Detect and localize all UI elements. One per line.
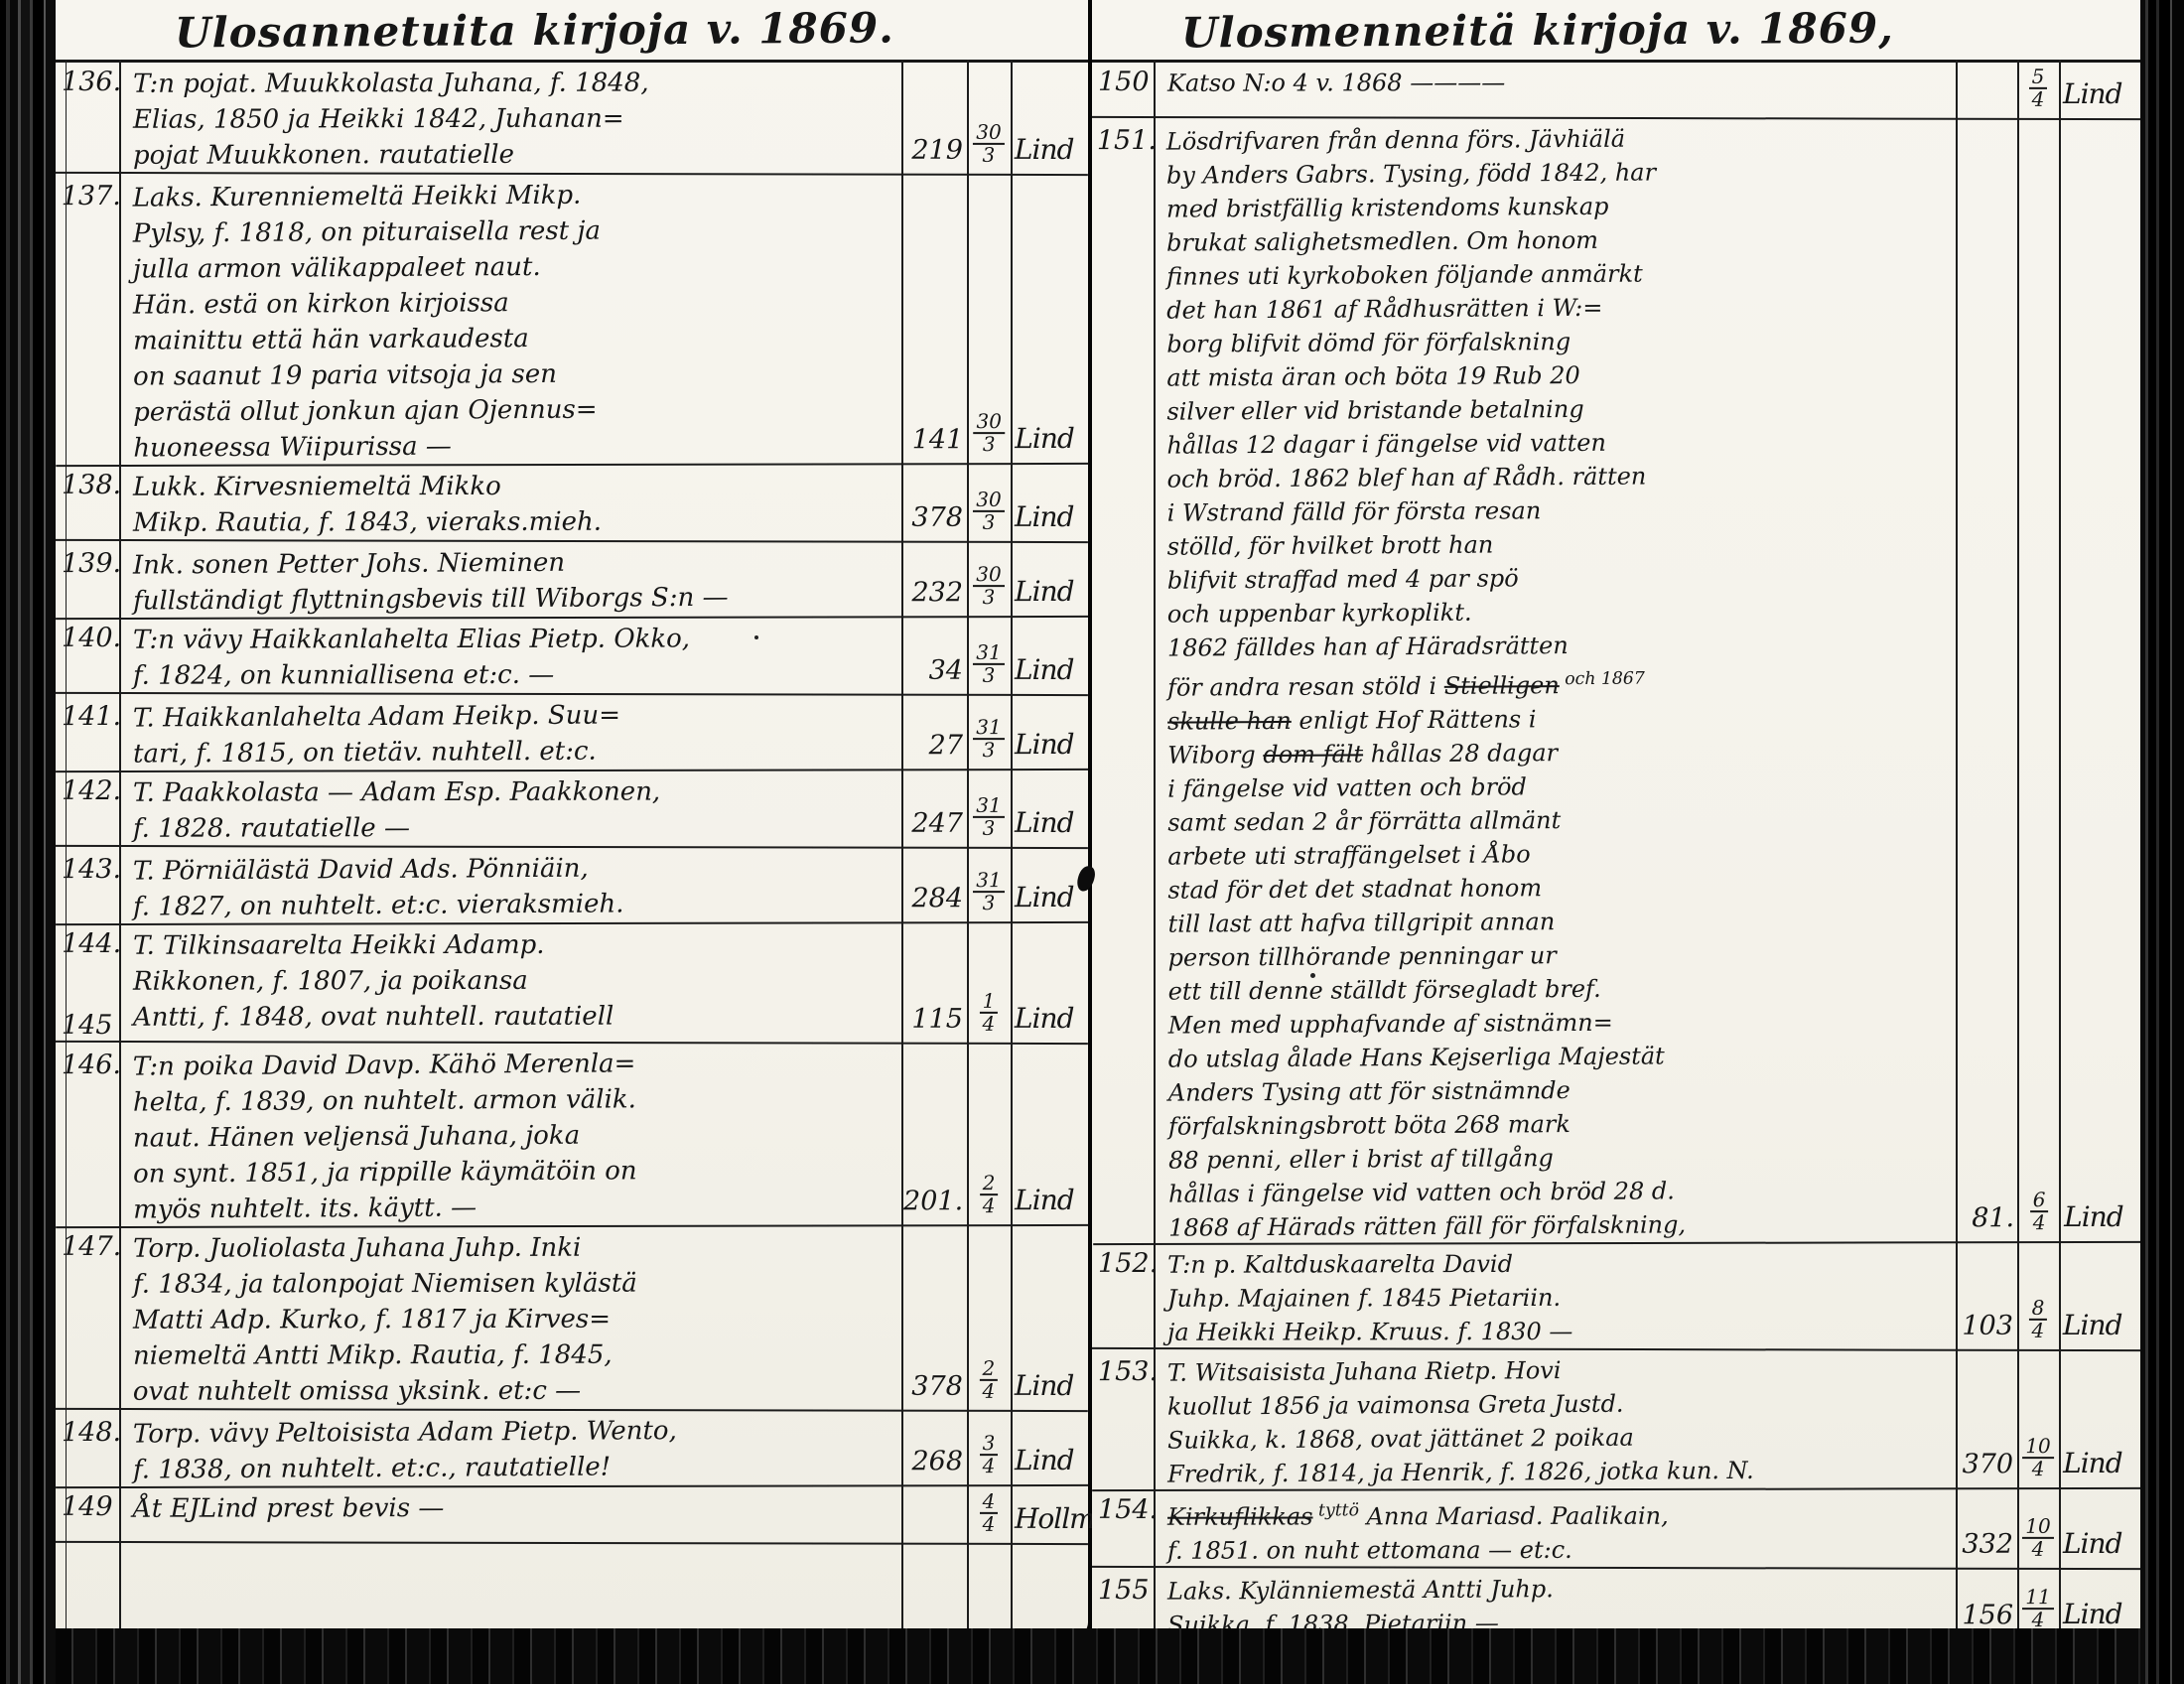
- entry-line-segment: T. Pörniälästä David Ads. Pönniäin,: [133, 854, 589, 887]
- entry-line: Katso N:o 4 v. 1868 ————: [1167, 65, 1956, 100]
- entry-line: silver eller vid bristande betalning: [1166, 390, 1955, 429]
- scanned-register-spread: Ulosannetuita kirjoja v. 1869. 136.T:n p…: [0, 0, 2184, 1684]
- signature: Lind: [2059, 1494, 2142, 1568]
- entry-line-segment: f. 1828. rautatielle —: [133, 813, 410, 844]
- entry-line: till last att hafva tillgripit annan: [1167, 903, 1956, 941]
- entry-line-segment: arbete uti straffängelset i Åbo: [1167, 840, 1530, 870]
- entry-line: Torp. vävy Peltoisista Adam Pietp. Wento…: [133, 1412, 901, 1453]
- entry-line: by Anders Gabrs. Tysing, född 1842, har: [1166, 154, 1955, 193]
- margin-rule: [119, 60, 121, 1636]
- entry-line-segment: T:n vävy Haikkanlahelta Elias Pietp. Okk…: [133, 624, 690, 654]
- date-day: 31: [973, 870, 1005, 893]
- entry-line: Fredrik, f. 1814, ja Henrik, f. 1826, jo…: [1167, 1453, 1956, 1491]
- entry-line: T:n p. Kaltduskaarelta David: [1167, 1246, 1956, 1282]
- entry-line-segment: stölld, för hvilket brott han: [1167, 531, 1494, 561]
- entry-line: julla armon välikappaleet naut.: [133, 247, 901, 288]
- entry-text: Katso N:o 4 v. 1868 ————: [1154, 65, 1956, 118]
- ref-number: 378: [901, 470, 967, 541]
- date-month: 4: [982, 1381, 995, 1402]
- entry-date: 303: [967, 470, 1011, 541]
- entry-text: Torp. vävy Peltoisista Adam Pietp. Wento…: [119, 1414, 901, 1487]
- entry-number: 140.: [62, 623, 121, 653]
- ref-number: 284: [901, 850, 967, 921]
- entry-number: 137.: [62, 181, 121, 211]
- entry-line-segment: T. Witsaisista Juhana Rietp. Hovi: [1167, 1356, 1562, 1387]
- entry-line: T. Tilkinsaarelta Heikki Adamp.: [133, 926, 901, 964]
- signature: Lind: [1011, 623, 1088, 694]
- entry-row: 151.Lösdrifvaren från denna förs. Jävhiä…: [1091, 118, 2143, 1245]
- entry-line: myös nuhtelt. its. käytt. —: [133, 1188, 901, 1228]
- entry-line-segment: Ink. sonen Petter Johs. Nieminen: [133, 548, 565, 581]
- entry-line: on saanut 19 paria vitsoja ja sen: [133, 354, 901, 395]
- entry-line: Suikka, k. 1868, ovat jättänet 2 poikaa: [1167, 1419, 1956, 1458]
- entry-line-segment: hållas 12 dagar i fängelse vid vatten: [1166, 429, 1606, 460]
- signature: Lind: [1011, 544, 1088, 616]
- signature: Lind: [1011, 697, 1088, 769]
- entry-line-segment: julla armon välikappaleet naut.: [133, 252, 541, 285]
- signature: Lind: [1011, 775, 1088, 847]
- entry-line-segment: Lösdrifvaren från denna förs. Jävhiälä: [1166, 125, 1625, 156]
- entry-number: 150: [1098, 67, 1150, 97]
- entry-row: 154.Kirkuflikkas tyttö Anna Mariasd. Paa…: [1092, 1489, 2142, 1570]
- entry-date: 313: [967, 623, 1011, 694]
- book-binding-left-edge: [0, 0, 56, 1684]
- entry-line-segment: med bristfällig kristendoms kunskap: [1166, 193, 1609, 223]
- entry-text: Laks. Kurenniemeltä Heikki Mikp.Pylsy, f…: [119, 177, 902, 465]
- date-fraction: 14: [980, 991, 999, 1035]
- entry-line: T. Pörniälästä David Ads. Pönniäin,: [133, 849, 901, 890]
- date-month: 4: [983, 1514, 996, 1535]
- entry-number: 141.: [62, 701, 121, 732]
- entry-line-segment: Hän. estä on kirkon kirjoissa: [133, 288, 509, 320]
- date-fraction: 313: [973, 717, 1005, 761]
- date-month: 4: [983, 1456, 996, 1476]
- entry-line: Laks. Kurenniemeltä Heikki Mikp.: [133, 176, 901, 216]
- entry-line: Kirkuflikkas tyttö Anna Mariasd. Paalika…: [1167, 1492, 1956, 1534]
- signature-column-rule: [1011, 60, 1013, 1636]
- entry-line-segment: Stielligen: [1444, 671, 1560, 700]
- entry-number-cell: 154.: [1092, 1492, 1154, 1566]
- entry-line-segment: f. 1834, ja talonpojat Niemisen kylästä: [133, 1269, 637, 1300]
- entry-line: 1868 af Härads rätten fäll för förfalskn…: [1168, 1206, 1957, 1245]
- entry-line-segment: myös nuhtelt. its. käytt. —: [133, 1193, 477, 1225]
- entry-line-segment: 1868 af Härads rätten fäll för förfalskn…: [1168, 1210, 1686, 1241]
- signature: Lind: [1011, 928, 1088, 1043]
- entry-line-segment: Anna Mariasd. Paalikain,: [1359, 1502, 1669, 1531]
- entry-date: 104: [2017, 1352, 2059, 1487]
- signature: Lind: [1011, 1046, 1088, 1224]
- signature: Hollmén: [1011, 1491, 1088, 1543]
- page-left-title: Ulosannetuita kirjoja v. 1869.: [175, 3, 894, 57]
- entry-line-segment: Men med upphafvande af sistnämn=: [1168, 1009, 1613, 1040]
- date-day: 2: [979, 1358, 998, 1381]
- date-day: 10: [2022, 1516, 2054, 1539]
- entry-line: Lösdrifvaren från denna förs. Jävhiälä: [1166, 120, 1955, 159]
- date-month: 4: [983, 1195, 996, 1216]
- entry-line-segment: Kirkuflikkas: [1167, 1502, 1313, 1530]
- entry-line-segment: Anders Tysing att för sistnämnde: [1168, 1076, 1570, 1107]
- entry-line-segment: T:n p. Kaltduskaarelta David: [1167, 1250, 1513, 1279]
- entry-line: T. Paakkolasta — Adam Esp. Paakkonen,: [133, 773, 901, 811]
- ref-number: 370: [1956, 1352, 2017, 1487]
- entry-line: Mikp. Rautia, f. 1843, vieraks.mieh.: [133, 503, 901, 541]
- entry-line: förfalskningsbrott böta 268 mark: [1168, 1105, 1957, 1144]
- entry-line: Wiborg dom fält hållas 28 dagar: [1167, 734, 1956, 772]
- entry-line-segment: enligt Hof Rättens i: [1292, 705, 1537, 735]
- date-month: 3: [983, 145, 996, 166]
- entry-text: T:n p. Kaltduskaarelta DavidJuhp. Majain…: [1154, 1246, 1956, 1349]
- entry-line: f. 1828. rautatielle —: [133, 809, 901, 847]
- ref-number: 268: [901, 1413, 967, 1484]
- entry-row: 150Katso N:o 4 v. 1868 ————54Lind: [1092, 62, 2142, 120]
- entry-line-segment: f. 1838, on nuhtelt. et:c., rautatielle!: [133, 1453, 611, 1485]
- entry-line-segment: det han 1861 af Rådhusrätten i W:=: [1166, 294, 1602, 325]
- entry-line-segment: f. 1851. on nuht ettomana — et:c.: [1167, 1536, 1572, 1565]
- entry-date: 34: [967, 1413, 1011, 1484]
- signature-column-rule: [2059, 60, 2061, 1650]
- entry-line: blifvit straffad med 4 par spö: [1167, 559, 1956, 598]
- entry-line-segment: samt sedan 2 år förrätta allmänt: [1167, 806, 1561, 837]
- page-left-header: Ulosannetuita kirjoja v. 1869.: [56, 0, 1088, 63]
- entry-line-segment: Mikp. Rautia, f. 1843, vieraks.mieh.: [133, 507, 602, 538]
- date-month: 3: [983, 665, 996, 686]
- entry-number: 146.: [62, 1050, 121, 1080]
- entry-date: 303: [967, 67, 1011, 174]
- entry-text: T:n poika David Davp. Kähö Merenla=helta…: [119, 1047, 901, 1227]
- date-day: 11: [2022, 1587, 2054, 1610]
- entry-line-segment: för andra resan stöld i: [1167, 672, 1444, 702]
- entry-line-segment: pojat Muukkonen. rautatielle: [133, 140, 514, 171]
- entry-line: Men med upphafvande af sistnämn=: [1168, 1004, 1957, 1043]
- entry-line-segment: T:n pojat. Muukkolasta Juhana, f. 1848,: [133, 69, 649, 99]
- entry-line-segment: Laks. Kylänniemestä Antti Juhp.: [1167, 1575, 1554, 1606]
- entry-line-segment: finnes uti kyrkoboken följande anmärkt: [1166, 260, 1643, 291]
- entry-line: T. Haikkanlahelta Adam Heikp. Suu=: [133, 696, 901, 737]
- entry-line: perästä ollut jonkun ajan Ojennus=: [133, 390, 901, 431]
- date-day: 3: [980, 1433, 999, 1456]
- entry-line: Hän. estä on kirkon kirjoissa: [133, 283, 901, 324]
- date-fraction: 303: [973, 411, 1005, 455]
- entry-line: Rikkonen, f. 1807, ja poikansa: [133, 962, 901, 1000]
- date-day: 31: [973, 642, 1005, 665]
- entry-line-segment: on synt. 1851, ja rippille käymätöin on: [133, 1157, 637, 1190]
- date-column-rule: [967, 60, 969, 1636]
- date-day: 10: [2022, 1436, 2054, 1459]
- date-fraction: 303: [973, 490, 1005, 533]
- date-month: 4: [2032, 89, 2045, 110]
- entry-number: 142.: [62, 775, 121, 806]
- date-fraction: 114: [2022, 1587, 2054, 1630]
- entry-line-segment: i fängelse vid vatten och bröd: [1167, 772, 1527, 802]
- date-day: 4: [980, 1491, 999, 1514]
- entry-line: kuollut 1856 ja vaimonsa Greta Justd.: [1167, 1385, 1956, 1424]
- ref-number: 378: [901, 1231, 967, 1410]
- entry-line-segment: T. Haikkanlahelta Adam Heikp. Suu=: [133, 700, 620, 733]
- ink-speck: [754, 635, 758, 639]
- book-binding-right-edge: [2140, 0, 2184, 1684]
- entry-line-segment: on saanut 19 paria vitsoja ja sen: [133, 359, 557, 392]
- signature: Lind: [1011, 850, 1088, 921]
- entry-line-segment: hållas 28 dagar: [1363, 739, 1558, 768]
- date-day: 30: [973, 122, 1005, 145]
- entry-date: 303: [967, 177, 1012, 463]
- entry-text: T:n pojat. Muukkolasta Juhana, f. 1848,E…: [119, 65, 901, 174]
- ink-speck: [1310, 973, 1315, 978]
- entry-line-segment: do utslag ålade Hans Kejserliga Majestät: [1168, 1042, 1665, 1072]
- entry-line: Antti, f. 1848, ovat nuhtell. rautatiell: [133, 998, 901, 1036]
- date-fraction: 104: [2022, 1436, 2054, 1479]
- ref-number: 27: [901, 697, 967, 769]
- entry-number: 136.: [62, 67, 121, 97]
- ref-number: 103: [1956, 1248, 2017, 1349]
- date-fraction: 303: [973, 122, 1005, 166]
- entry-line: och uppenbar kyrkoplikt.: [1167, 593, 1956, 631]
- entry-number-cell: 152.: [1092, 1246, 1154, 1347]
- entry-line: ovat nuhtelt omissa yksink. et:c —: [133, 1372, 901, 1410]
- entry-line-segment: ja Heikki Heikp. Kruus. f. 1830 —: [1167, 1318, 1573, 1346]
- date-month: 3: [983, 740, 996, 761]
- entry-line: T:n poika David Davp. Kähö Merenla=: [133, 1045, 901, 1085]
- date-month: 3: [983, 818, 996, 839]
- entry-line-segment: brukat salighetsmedlen. Om honom: [1166, 226, 1598, 257]
- entry-row: 153.T. Witsaisista Juhana Rietp. Hovikuo…: [1092, 1349, 2142, 1491]
- entry-line: pojat Muukkonen. rautatielle: [133, 136, 901, 174]
- entry-number: 148.: [62, 1417, 121, 1448]
- entry-number-cell: 153.: [1092, 1354, 1154, 1489]
- entry-row: 152.T:n p. Kaltduskaarelta DavidJuhp. Ma…: [1092, 1243, 2142, 1351]
- date-fraction: 313: [973, 795, 1005, 839]
- date-day: 1: [980, 991, 999, 1014]
- page-stack-bottom-edge: [56, 1628, 2140, 1684]
- entry-number: 144.: [62, 928, 121, 959]
- entry-line-segment: helta, f. 1839, on nuhtelt. armon välik.: [133, 1085, 636, 1118]
- entry-line: ett till denne ställdt försegladt bref.: [1168, 970, 1957, 1009]
- entry-line: fullständigt flyttningsbevis till Wiborg…: [133, 579, 901, 620]
- entry-line-segment: person tillhörande penningar ur: [1167, 941, 1556, 972]
- entry-line-segment: och 1867: [1560, 669, 1645, 690]
- entry-text: T:n vävy Haikkanlahelta Elias Pietp. Okk…: [119, 621, 901, 694]
- entry-line-segment: Åt EJLind prest bevis —: [133, 1493, 444, 1524]
- date-fraction: 24: [979, 1358, 998, 1402]
- entry-date: 24: [967, 1046, 1011, 1224]
- entry-row: 148.Torp. vävy Peltoisista Adam Pietp. W…: [56, 1410, 1088, 1488]
- entry-text: T. Witsaisista Juhana Rietp. Hovikuollut…: [1154, 1352, 1956, 1489]
- date-fraction: 54: [2029, 67, 2048, 110]
- entry-line: finnes uti kyrkoboken följande anmärkt: [1166, 255, 1955, 294]
- signature: Lind: [2058, 121, 2143, 1241]
- entry-number-secondary: 145: [62, 1010, 113, 1041]
- entry-line-segment: Laks. Kurenniemeltä Heikki Mikp.: [133, 181, 582, 213]
- entry-line: hållas i fängelse vid vatten och bröd 28…: [1168, 1173, 1957, 1211]
- entry-row: 141.T. Haikkanlahelta Adam Heikp. Suu=ta…: [56, 694, 1088, 772]
- entry-line: person tillhörande penningar ur: [1167, 936, 1956, 975]
- entry-line: mainittu että hän varkaudesta: [133, 319, 901, 359]
- ref-number: 34: [901, 623, 967, 694]
- date-day: 8: [2029, 1298, 2048, 1321]
- entry-date: 313: [967, 775, 1011, 847]
- entry-line: arbete uti straffängelset i Åbo: [1167, 835, 1956, 874]
- entry-line: naut. Hänen veljensä Juhana, joka: [133, 1116, 901, 1157]
- entry-line-segment: T. Paakkolasta — Adam Esp. Paakkonen,: [133, 777, 660, 808]
- entry-number: 138.: [62, 470, 121, 500]
- entry-line-segment: Matti Adp. Kurko, f. 1817 ja Kirves=: [133, 1305, 611, 1335]
- date-month: 4: [2032, 1459, 2045, 1479]
- entry-row: 144.145T. Tilkinsaarelta Heikki Adamp.Ri…: [56, 923, 1088, 1045]
- signature: Lind: [1011, 1413, 1088, 1484]
- date-fraction: 84: [2029, 1298, 2048, 1341]
- entry-date: 303: [967, 544, 1011, 616]
- entry-line-segment: ett till denne ställdt försegladt bref.: [1168, 975, 1601, 1006]
- entry-line-segment: perästä ollut jonkun ajan Ojennus=: [133, 395, 598, 428]
- entry-text: Ink. sonen Petter Johs. Nieminenfullstän…: [119, 544, 901, 618]
- entry-line-segment: Juhp. Majainen f. 1845 Pietariin.: [1167, 1284, 1561, 1313]
- date-fraction: 313: [973, 642, 1005, 686]
- entry-text: Torp. Juoliolasta Juhana Juhp. Inkif. 18…: [119, 1229, 901, 1410]
- date-day: 6: [2030, 1190, 2049, 1212]
- ref-number: 141: [901, 177, 968, 463]
- entry-text: Kirkuflikkas tyttö Anna Mariasd. Paalika…: [1154, 1492, 1956, 1568]
- entry-number: 149: [62, 1491, 113, 1522]
- ref-number: 115: [901, 928, 967, 1043]
- entry-line-segment: att mista äran och böta 19 Rub 20: [1166, 361, 1580, 392]
- entry-line: Ink. sonen Petter Johs. Nieminen: [133, 543, 901, 584]
- signature: Lind: [1011, 67, 1088, 174]
- entry-line: med bristfällig kristendoms kunskap: [1166, 188, 1955, 226]
- date-month: 4: [2032, 1321, 2045, 1341]
- entry-line: f. 1824, on kunniallisena et:c. —: [133, 656, 901, 694]
- entry-line-segment: skulle han: [1167, 707, 1292, 736]
- date-day: 2: [980, 1173, 999, 1195]
- entry-line: on synt. 1851, ja rippille käymätöin on: [133, 1152, 901, 1193]
- entry-line-segment: tari, f. 1815, on tietäv. nuhtell. et:c.: [133, 737, 597, 770]
- date-day: 31: [973, 717, 1005, 740]
- date-column-rule: [2017, 60, 2019, 1650]
- date-fraction: 104: [2022, 1516, 2054, 1560]
- entry-row: 143.T. Pörniälästä David Ads. Pönniäin,f…: [56, 847, 1088, 925]
- entry-row: 139.Ink. sonen Petter Johs. Nieminenfull…: [56, 541, 1088, 620]
- entry-line-segment: Torp. vävy Peltoisista Adam Pietp. Wento…: [133, 1416, 677, 1450]
- entry-line: do utslag ålade Hans Kejserliga Majestät: [1168, 1038, 1957, 1076]
- date-day: 30: [973, 490, 1005, 512]
- entry-line: Juhp. Majainen f. 1845 Pietariin.: [1167, 1280, 1956, 1316]
- entry-row: 149Åt EJLind prest bevis —44Hollmén: [56, 1486, 1088, 1545]
- entry-line: tari, f. 1815, on tietäv. nuhtell. et:c.: [133, 732, 901, 772]
- entry-line: huoneessa Wiipurissa —: [133, 426, 901, 467]
- entry-line-segment: och bröd. 1862 blef han af Rådh. rätten: [1166, 463, 1646, 493]
- date-month: 4: [2032, 1610, 2045, 1630]
- entry-text: T. Paakkolasta — Adam Esp. Paakkonen,f. …: [119, 773, 901, 847]
- entry-line-segment: Suikka, k. 1868, ovat jättänet 2 poikaa: [1167, 1424, 1634, 1455]
- entry-line: stad för det det stadnat honom: [1167, 869, 1956, 908]
- margin-rule-outer: [66, 60, 67, 1636]
- entry-number: 152.: [1098, 1248, 1158, 1279]
- entry-line: Lukk. Kirvesniemeltä Mikko: [133, 468, 901, 505]
- entry-line-segment: ovat nuhtelt omissa yksink. et:c —: [133, 1376, 581, 1407]
- entry-line: Elias, 1850 ja Heikki 1842, Juhanan=: [133, 100, 901, 138]
- ref-number: 247: [901, 775, 967, 847]
- entry-date: 104: [2017, 1494, 2059, 1568]
- entry-text: Åt EJLind prest bevis —: [119, 1489, 901, 1543]
- entry-date: 44: [967, 1491, 1011, 1543]
- entry-line-segment: Pylsy, f. 1818, on pituraisella rest ja: [133, 216, 601, 249]
- entry-line-segment: Torp. Juoliolasta Juhana Juhp. Inki: [133, 1233, 581, 1264]
- entry-text: T. Tilkinsaarelta Heikki Adamp.Rikkonen,…: [119, 926, 901, 1043]
- entry-line: skulle han enligt Hof Rättens i: [1167, 700, 1956, 739]
- entry-line-segment: dom fält: [1263, 740, 1363, 769]
- entry-line: hållas 12 dagar i fängelse vid vatten: [1166, 424, 1955, 463]
- entry-row: 136.T:n pojat. Muukkolasta Juhana, f. 18…: [56, 62, 1088, 176]
- entry-line: och bröd. 1862 blef han af Rådh. rätten: [1166, 458, 1955, 496]
- date-month: 3: [983, 893, 996, 913]
- ref-column-rule: [901, 60, 903, 1636]
- signature: Lind: [1011, 177, 1089, 463]
- entry-line-segment: silver eller vid bristande betalning: [1166, 395, 1583, 426]
- entry-line-segment: 1862 fälldes han af Häradsrätten: [1167, 631, 1569, 662]
- date-month: 3: [983, 512, 996, 533]
- date-month: 4: [2033, 1212, 2046, 1233]
- entry-line-segment: tyttö: [1312, 1500, 1358, 1520]
- entry-line: helta, f. 1839, on nuhtelt. armon välik.: [133, 1080, 901, 1121]
- entry-number-cell: 151.: [1091, 123, 1155, 1243]
- entry-row: 142.T. Paakkolasta — Adam Esp. Paakkonen…: [56, 771, 1088, 849]
- entry-line: samt sedan 2 år förrätta allmänt: [1167, 801, 1956, 840]
- entry-line: borg blifvit dömd för förfalskning: [1166, 323, 1955, 361]
- entry-date: 84: [2017, 1248, 2059, 1349]
- page-right-header: Ulosmenneitä kirjoja v. 1869,: [1092, 0, 2142, 63]
- entry-line: i Wstrand fälld för första resan: [1167, 491, 1956, 530]
- entry-line-segment: i Wstrand fälld för första resan: [1167, 496, 1542, 526]
- entry-row: 147.Torp. Juoliolasta Juhana Juhp. Inkif…: [56, 1226, 1088, 1412]
- entry-date: 313: [967, 697, 1011, 769]
- entry-line-segment: Katso N:o 4 v. 1868 ————: [1167, 69, 1505, 97]
- entry-line-segment: Fredrik, f. 1814, ja Henrik, f. 1826, jo…: [1167, 1457, 1754, 1488]
- date-month: 4: [2032, 1539, 2045, 1560]
- date-month: 4: [983, 1014, 996, 1035]
- entry-row: 138.Lukk. Kirvesniemeltä MikkoMikp. Raut…: [56, 465, 1088, 543]
- entry-date: 313: [967, 850, 1011, 921]
- signature: Lind: [2059, 1352, 2142, 1487]
- entry-line: stölld, för hvilket brott han: [1167, 525, 1956, 564]
- entry-line: niemeltä Antti Mikp. Rautia, f. 1845,: [133, 1336, 901, 1374]
- entry-text: Lösdrifvaren från denna förs. Jävhiäläby…: [1153, 121, 1957, 1243]
- entry-line: T:n pojat. Muukkolasta Juhana, f. 1848,: [133, 65, 901, 102]
- entry-line-segment: hållas i fängelse vid vatten och bröd 28…: [1168, 1177, 1675, 1207]
- entry-number: 155: [1098, 1575, 1150, 1606]
- entry-line: Pylsy, f. 1818, on pituraisella rest ja: [133, 211, 901, 252]
- page-right-title: Ulosmenneitä kirjoja v. 1869,: [1181, 3, 1894, 57]
- entry-number: 154.: [1098, 1494, 1158, 1525]
- entry-number: 139.: [62, 548, 121, 579]
- entry-row: 137.Laks. Kurenniemeltä Heikki Mikp.Pyls…: [56, 174, 1089, 467]
- entry-line: 1862 fälldes han af Häradsrätten: [1167, 627, 1956, 665]
- entry-line: i fängelse vid vatten och bröd: [1167, 768, 1956, 806]
- entry-number: 143.: [62, 854, 121, 885]
- entry-line: att mista äran och böta 19 Rub 20: [1166, 356, 1955, 395]
- entry-row: 140.T:n vävy Haikkanlahelta Elias Pietp.…: [56, 618, 1088, 696]
- entry-line-segment: naut. Hänen veljensä Juhana, joka: [133, 1121, 580, 1154]
- date-fraction: 313: [973, 870, 1005, 913]
- entry-line-segment: kuollut 1856 ja vaimonsa Greta Justd.: [1167, 1390, 1624, 1421]
- entry-line-segment: 88 penni, eller i brist af tillgång: [1168, 1144, 1554, 1175]
- entry-line: f. 1827, on nuhtelt. et:c. vieraksmieh.: [133, 885, 901, 925]
- signature: Lind: [1011, 1231, 1088, 1410]
- page-left-entries: 136.T:n pojat. Muukkolasta Juhana, f. 18…: [56, 63, 1088, 1544]
- entry-line: brukat salighetsmedlen. Om honom: [1166, 221, 1955, 260]
- entry-line-segment: stad för det det stadnat honom: [1167, 874, 1542, 904]
- date-day: 31: [973, 795, 1005, 818]
- entry-text: Lukk. Kirvesniemeltä MikkoMikp. Rautia, …: [119, 468, 901, 541]
- entry-number: 147.: [62, 1231, 121, 1262]
